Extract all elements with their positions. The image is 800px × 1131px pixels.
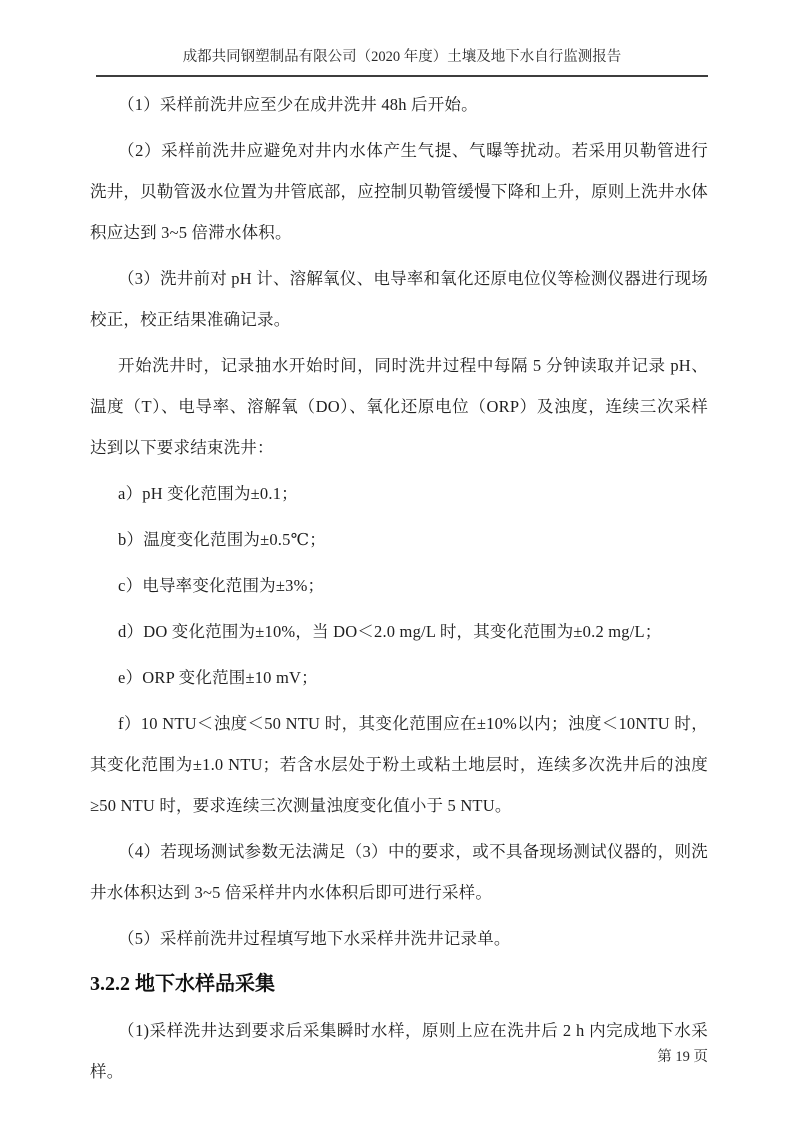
page-number: 第 19 页 xyxy=(90,1046,708,1068)
paragraph-sampling-step-2: （2）采样前洗井应避免对井内水体产生气提、气曝等扰动。若采用贝勒管进行洗井，贝勒… xyxy=(90,130,708,253)
list-item-e-orp-range: e）ORP 变化范围±10 mV； xyxy=(90,657,708,698)
paragraph-sampling-step-3: （3）洗井前对 pH 计、溶解氧仪、电导率和氧化还原电位仪等检测仪器进行现场校正… xyxy=(90,258,708,340)
list-item-a-ph-range: a）pH 变化范围为±0.1； xyxy=(90,473,708,514)
list-item-f-turbidity-range: f）10 NTU＜浊度＜50 NTU 时，其变化范围应在±10%以内；浊度＜10… xyxy=(90,703,708,826)
list-item-b-temperature-range: b）温度变化范围为±0.5℃； xyxy=(90,519,708,560)
paragraph-well-purging-recording: 开始洗井时，记录抽水开始时间，同时洗井过程中每隔 5 分钟读取并记录 pH、温度… xyxy=(90,345,708,468)
paragraph-sampling-step-4: （4）若现场测试参数无法满足（3）中的要求，或不具备现场测试仪器的，则洗井水体积… xyxy=(90,831,708,913)
list-item-d-do-range: d）DO 变化范围为±10%，当 DO＜2.0 mg/L 时，其变化范围为±0.… xyxy=(90,611,708,652)
paragraph-sampling-step-5: （5）采样前洗井过程填写地下水采样井洗井记录单。 xyxy=(90,918,708,959)
document-body: （1）采样前洗井应至少在成井洗井 48h 后开始。 （2）采样前洗井应避免对井内… xyxy=(90,84,708,1097)
document-page: 成都共同钢塑制品有限公司（2020 年度）土壤及地下水自行监测报告 （1）采样前… xyxy=(0,0,800,1131)
paragraph-sampling-step-1: （1）采样前洗井应至少在成井洗井 48h 后开始。 xyxy=(90,84,708,125)
section-heading-3-2-2: 3.2.2 地下水样品采集 xyxy=(90,964,708,1005)
page-header-title: 成都共同钢塑制品有限公司（2020 年度）土壤及地下水自行监测报告 xyxy=(96,46,708,77)
list-item-c-conductivity-range: c）电导率变化范围为±3%； xyxy=(90,565,708,606)
